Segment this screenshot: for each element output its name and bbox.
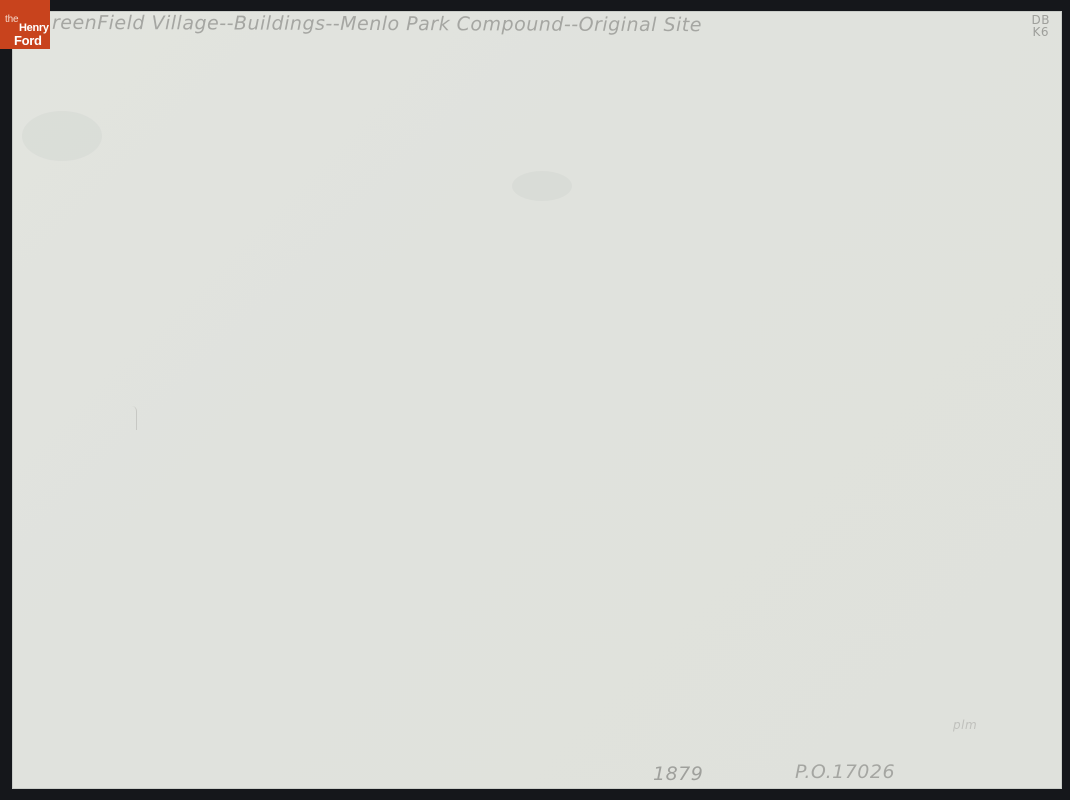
logo-text-the: the: [5, 15, 18, 25]
pencil-mark: [132, 406, 137, 430]
logo-text-ford: Ford: [14, 34, 42, 47]
handwritten-corner-code: DB K6: [1032, 14, 1050, 38]
corner-code-line-2: K6: [1032, 26, 1050, 38]
handwritten-catalog-number: P.O.17026: [795, 761, 895, 783]
paper-smudge: [512, 171, 572, 201]
handwritten-year: 1879: [653, 763, 703, 785]
paper-smudge: [22, 111, 102, 161]
photo-back-paper: [12, 11, 1062, 789]
handwritten-caption: reenField Village--Buildings--Menlo Park…: [52, 12, 702, 36]
image-viewer: the Henry Ford reenField Village--Buildi…: [0, 0, 1070, 800]
handwritten-initials: plm: [953, 718, 977, 732]
the-henry-ford-logo[interactable]: the Henry Ford: [0, 0, 50, 49]
